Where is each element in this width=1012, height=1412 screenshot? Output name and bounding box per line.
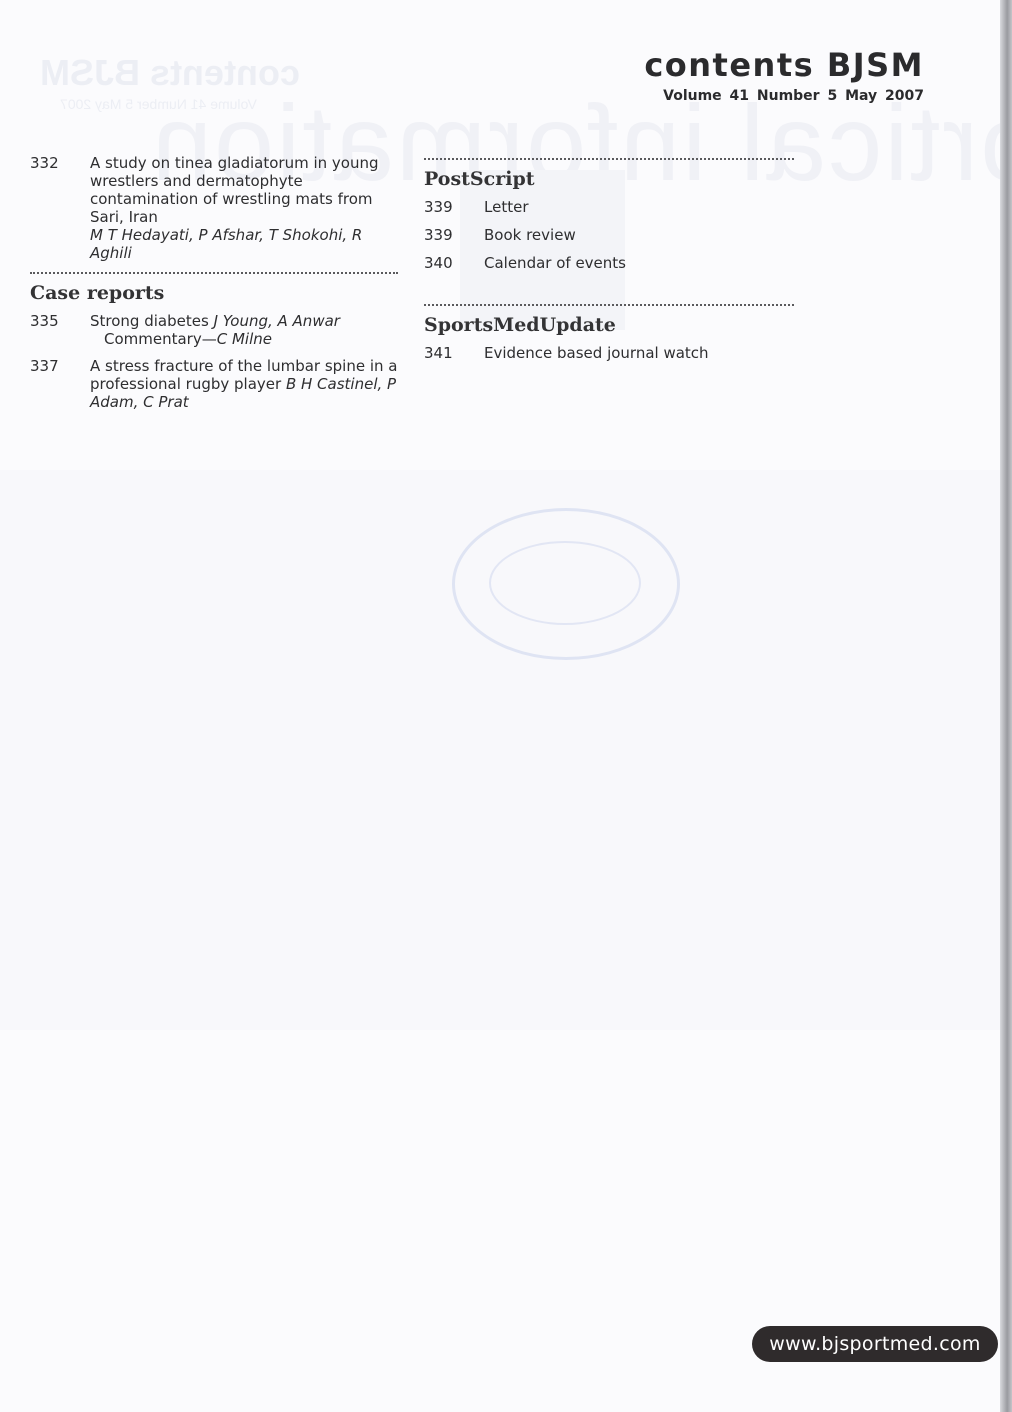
page-number: 341: [424, 344, 484, 362]
commentary-author: C Milne: [217, 330, 272, 348]
commentary-line: Commentary—C Milne: [90, 330, 398, 348]
website-url-badge[interactable]: www.bjsportmed.com: [752, 1326, 998, 1362]
article-authors: J Young, A Anwar: [214, 312, 340, 330]
toc-entry[interactable]: 332 A study on tinea gladiatorum in youn…: [30, 154, 398, 262]
toc-entry[interactable]: 340 Calendar of events: [424, 254, 794, 272]
page-number: 339: [424, 198, 484, 216]
section-heading-case-reports: Case reports: [30, 282, 398, 304]
commentary-label: Commentary—: [104, 330, 217, 348]
page-number: 339: [424, 226, 484, 244]
bleed-through-title: contents BJSM: [40, 52, 300, 94]
page-title: contents BJSM: [644, 46, 924, 84]
left-column: 332 A study on tinea gladiatorum in youn…: [30, 154, 398, 420]
page-number: 335: [30, 312, 90, 348]
article-title: Strong diabetes: [90, 312, 209, 330]
page-number: 332: [30, 154, 90, 262]
section-divider: [30, 272, 398, 274]
issue-info: Volume 41 Number 5 May 2007: [644, 88, 924, 104]
article-title: A study on tinea gladiatorum in young wr…: [90, 154, 379, 226]
article-authors: M T Hedayati, P Afshar, T Shokohi, R Agh…: [90, 226, 362, 262]
section-heading-postscript: PostScript: [424, 168, 794, 190]
toc-entry[interactable]: 339 Book review: [424, 226, 794, 244]
toc-entry[interactable]: 339 Letter: [424, 198, 794, 216]
toc-entry[interactable]: 341 Evidence based journal watch: [424, 344, 794, 362]
article-title: Letter: [484, 198, 794, 216]
section-heading-sportsmedupdate: SportsMedUpdate: [424, 314, 794, 336]
right-column: PostScript 339 Letter 339 Book review 34…: [424, 152, 794, 372]
bleed-through-issue: Volume 41 Number 5 May 2007: [60, 96, 257, 112]
bleed-through-region: [0, 470, 1000, 1030]
page-binding-edge: [1000, 0, 1012, 1412]
page-number: 340: [424, 254, 484, 272]
article-title: Evidence based journal watch: [484, 344, 794, 362]
section-divider: [424, 304, 794, 306]
article-title: Calendar of events: [484, 254, 794, 272]
section-divider: [424, 158, 794, 160]
masthead: contents BJSM Volume 41 Number 5 May 200…: [644, 46, 924, 104]
toc-entry[interactable]: 335 Strong diabetes J Young, A Anwar Com…: [30, 312, 398, 348]
article-title: Book review: [484, 226, 794, 244]
page-number: 337: [30, 357, 90, 411]
toc-entry[interactable]: 337 A stress fracture of the lumbar spin…: [30, 357, 398, 411]
